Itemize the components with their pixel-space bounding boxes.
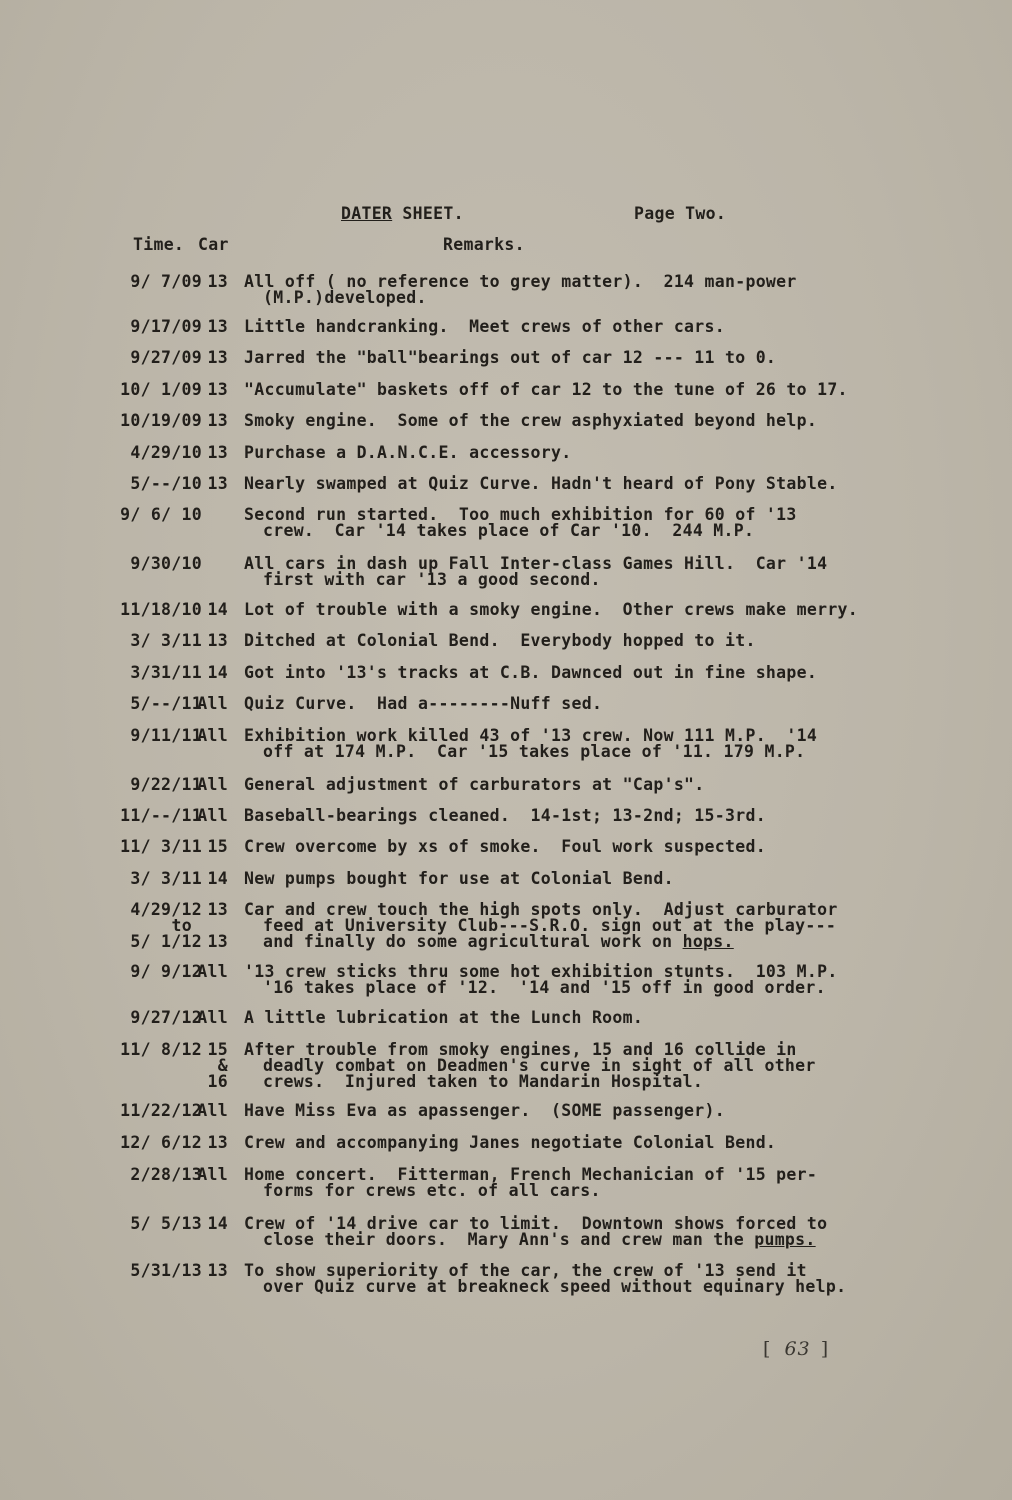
entry-car-second: 13 — [196, 933, 228, 950]
title-rest: SHEET. — [392, 204, 464, 223]
entry-remark-line: and finally do some agricultural work on… — [263, 933, 734, 950]
column-header-time: Time. — [133, 236, 184, 253]
entry-car: All — [196, 1009, 228, 1026]
entry-car: All — [196, 963, 228, 980]
page-folio: [ 63 ] — [763, 1338, 832, 1360]
entry-date: 9/ 9/12 — [110, 963, 202, 980]
entry-remark-line: Ditched at Colonial Bend. Everybody hopp… — [244, 632, 756, 649]
entry-remark-line: Smoky engine. Some of the crew asphyxiat… — [244, 412, 817, 429]
entry-date: 10/ 1/09 — [110, 381, 202, 398]
entry-remark-line: Nearly swamped at Quiz Curve. Hadn't hea… — [244, 475, 838, 492]
entry-remark-line: New pumps bought for use at Colonial Ben… — [244, 870, 674, 887]
entry-car: 13 — [196, 475, 228, 492]
entry-remark-line: Jarred the "ball"bearings out of car 12 … — [244, 349, 776, 366]
entry-car: All — [196, 1102, 228, 1119]
entry-date: 11/ 3/11 — [110, 838, 202, 855]
entry-remark-line: over Quiz curve at breakneck speed witho… — [263, 1278, 846, 1295]
entry-remark-line: Crew overcome by xs of smoke. Foul work … — [244, 838, 766, 855]
entry-car-second: 16 — [196, 1073, 228, 1090]
entry-car: 13 — [196, 349, 228, 366]
entry-car: 13 — [196, 318, 228, 335]
entry-remark-line: Baseball-bearings cleaned. 14-1st; 13-2n… — [244, 807, 766, 824]
entry-remark-line: Little handcranking. Meet crews of other… — [244, 318, 725, 335]
entry-remark-line: (M.P.)developed. — [263, 289, 427, 306]
entry-remark-line: off at 174 M.P. Car '15 takes place of '… — [263, 743, 805, 760]
entry-date: 11/18/10 — [110, 601, 202, 618]
entry-car: 13 — [196, 632, 228, 649]
entry-car: 13 — [196, 273, 228, 290]
entry-date: 5/31/13 — [110, 1262, 202, 1279]
column-header-remarks: Remarks. — [443, 236, 525, 253]
entry-remark-line: Have Miss Eva as apassenger. (SOME passe… — [244, 1102, 725, 1119]
entry-car: 13 — [196, 1134, 228, 1151]
entry-date: 5/--/10 — [110, 475, 202, 492]
entry-remark-line: crew. Car '14 takes place of Car '10. 24… — [263, 522, 754, 539]
entry-date: 2/28/13 — [110, 1166, 202, 1183]
title-underlined-word: DATER — [341, 204, 392, 223]
entry-date: 9/27/12 — [110, 1009, 202, 1026]
entry-remark-line: first with car '13 a good second. — [263, 571, 601, 588]
entry-date: 9/11/11 — [110, 727, 202, 744]
underlined-word: pumps. — [754, 1230, 815, 1249]
entry-car: 13 — [196, 444, 228, 461]
entry-car: 14 — [196, 1215, 228, 1232]
column-header-car: Car — [198, 236, 229, 253]
entry-remark-line: crews. Injured taken to Mandarin Hospita… — [263, 1073, 703, 1090]
folio-open-bracket: [ — [763, 1338, 774, 1360]
entry-remark-line: General adjustment of carburators at "Ca… — [244, 776, 705, 793]
entry-date: 3/31/11 — [110, 664, 202, 681]
entry-car: All — [196, 695, 228, 712]
entry-date: 5/ 5/13 — [110, 1215, 202, 1232]
entry-remark-line: Got into '13's tracks at C.B. Dawnced ou… — [244, 664, 817, 681]
entry-date: 9/30/10 — [110, 555, 202, 572]
entry-remark-line: Purchase a D.A.N.C.E. accessory. — [244, 444, 571, 461]
entry-date: 9/27/09 — [110, 349, 202, 366]
entry-date: 5/--/11 — [110, 695, 202, 712]
entry-car: 13 — [196, 901, 228, 918]
entry-date: 11/ 8/12 — [110, 1041, 202, 1058]
entry-remark-line: "Accumulate" baskets off of car 12 to th… — [244, 381, 848, 398]
document-page: DATER SHEET. Page Two. Time. Car Remarks… — [0, 0, 1012, 1500]
folio-number: 63 — [784, 1338, 810, 1360]
entry-remark-line: Quiz Curve. Had a--------Nuff sed. — [244, 695, 602, 712]
entry-date: 4/29/10 — [110, 444, 202, 461]
entry-remark-line: forms for crews etc. of all cars. — [263, 1182, 601, 1199]
entry-date: 11/--/11 — [110, 807, 202, 824]
entry-date-end: 5/ 1/12 — [110, 933, 202, 950]
entry-car: All — [196, 727, 228, 744]
entry-remark-line: Crew and accompanying Janes negotiate Co… — [244, 1134, 776, 1151]
entry-car: All — [196, 776, 228, 793]
entry-date: 9/ 6/ 10 — [110, 506, 202, 523]
entry-remark-line: '16 takes place of '12. '14 and '15 off … — [263, 979, 826, 996]
folio-close-bracket: ] — [821, 1338, 832, 1360]
sheet-title: DATER SHEET. — [341, 205, 464, 222]
entry-date: 10/19/09 — [110, 412, 202, 429]
entry-car: 13 — [196, 412, 228, 429]
entry-date: 3/ 3/11 — [110, 870, 202, 887]
entry-car: 15 — [196, 838, 228, 855]
entry-date: 9/17/09 — [110, 318, 202, 335]
entry-car: 14 — [196, 664, 228, 681]
entry-date: 12/ 6/12 — [110, 1134, 202, 1151]
underlined-word: hops. — [683, 932, 734, 951]
entry-car: All — [196, 1166, 228, 1183]
entry-date: 9/ 7/09 — [110, 273, 202, 290]
entry-remark-line: A little lubrication at the Lunch Room. — [244, 1009, 643, 1026]
entry-car: 13 — [196, 1262, 228, 1279]
page-label: Page Two. — [634, 205, 726, 222]
entry-car: 14 — [196, 870, 228, 887]
entry-date: 11/22/12 — [110, 1102, 202, 1119]
entry-remark-line: Lot of trouble with a smoky engine. Othe… — [244, 601, 858, 618]
entry-date: 9/22/11 — [110, 776, 202, 793]
entry-car: 14 — [196, 601, 228, 618]
entry-remark-line: close their doors. Mary Ann's and crew m… — [263, 1231, 816, 1248]
entry-date: 3/ 3/11 — [110, 632, 202, 649]
entry-car: 13 — [196, 381, 228, 398]
entry-car: All — [196, 807, 228, 824]
